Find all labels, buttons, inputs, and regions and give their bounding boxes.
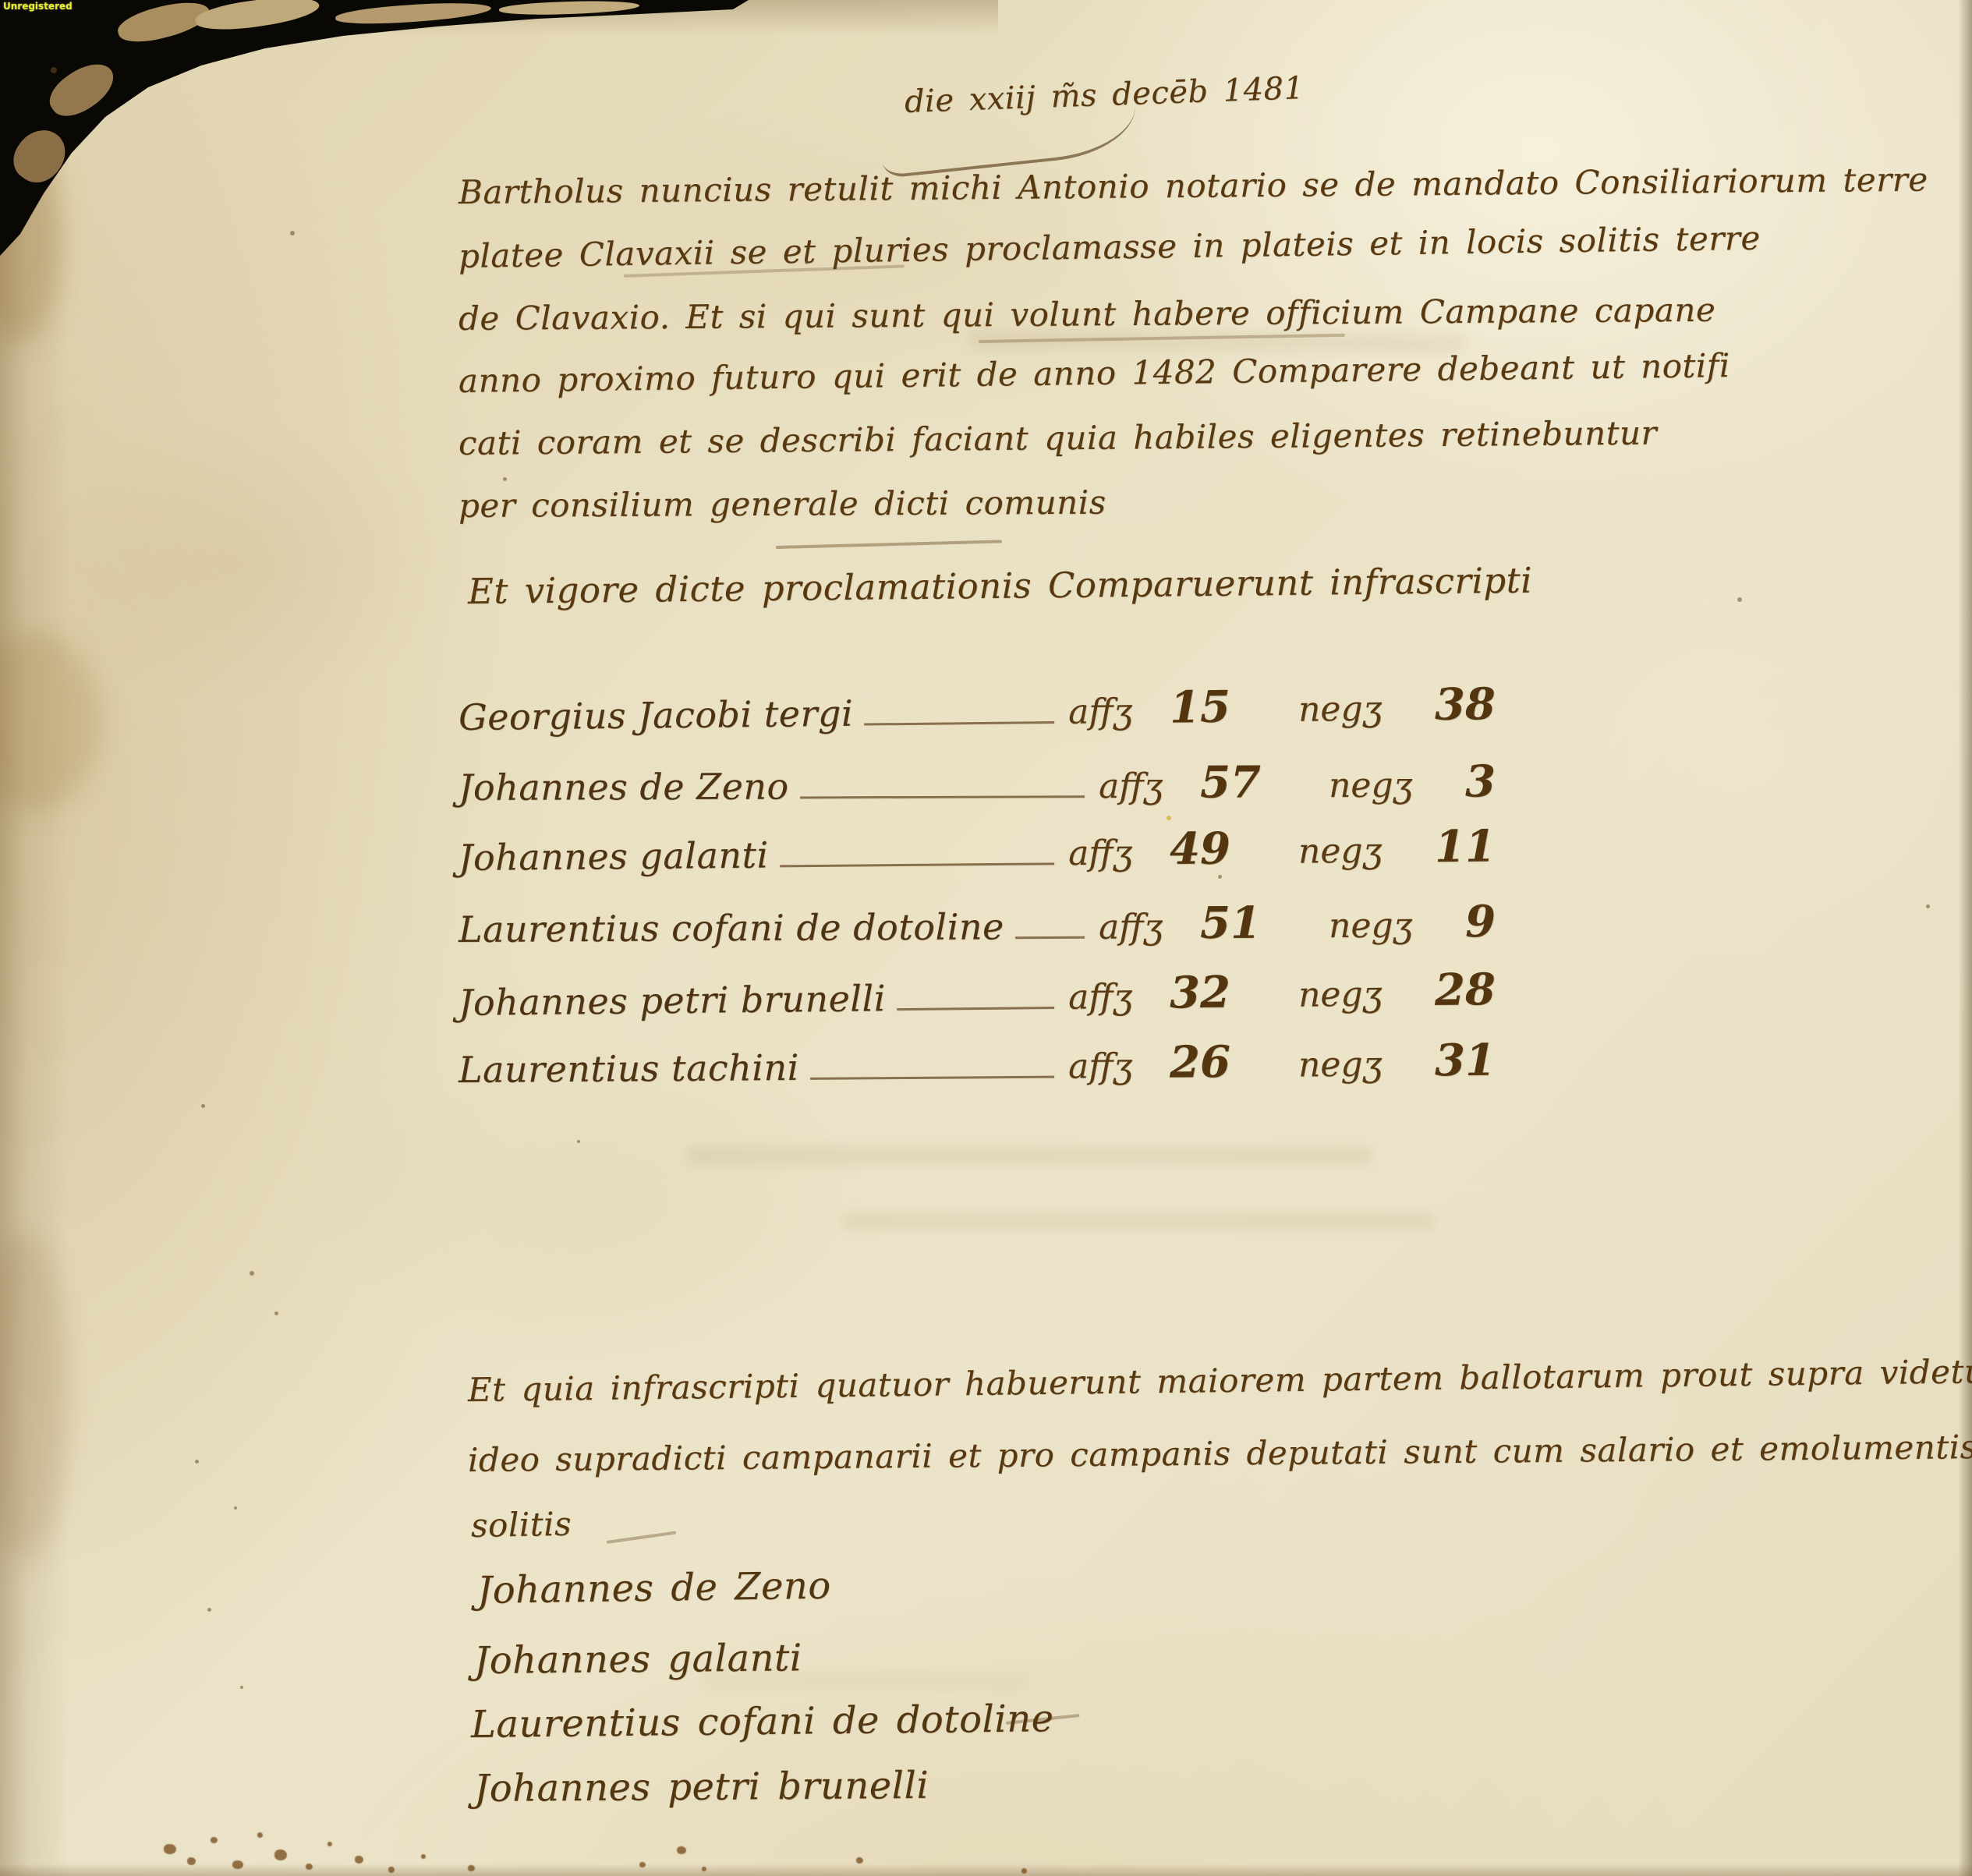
aff-label: affʒ bbox=[1099, 766, 1200, 806]
ink-speck bbox=[234, 1506, 237, 1510]
leader-line bbox=[810, 1076, 1054, 1080]
ink-blot bbox=[355, 1856, 363, 1864]
stain bbox=[0, 632, 101, 811]
leader-line bbox=[1015, 936, 1085, 939]
neg-label: negʒ bbox=[1329, 905, 1465, 946]
aff-count: 57 bbox=[1200, 756, 1329, 809]
neg-label: negʒ bbox=[1298, 1044, 1435, 1085]
aff-count: 51 bbox=[1200, 897, 1329, 949]
ink-blot bbox=[306, 1864, 313, 1870]
candidate-name: Laurentius tachini bbox=[458, 1046, 799, 1091]
paragraph1-line: cati coram et se describi faciant quia h… bbox=[458, 414, 1658, 462]
neg-label: negʒ bbox=[1298, 974, 1436, 1015]
ink-blot bbox=[677, 1846, 686, 1854]
elected-name: Laurentius cofani de dotoline bbox=[471, 1697, 1054, 1747]
aff-label: affʒ bbox=[1068, 833, 1170, 873]
neg-count: 31 bbox=[1435, 1035, 1496, 1087]
ink-speck bbox=[195, 1460, 199, 1464]
vote-row: Laurentius cofani de dotoline affʒ 51 ne… bbox=[458, 896, 1496, 954]
ink-speck bbox=[1218, 875, 1222, 879]
leader-line bbox=[780, 862, 1054, 867]
showthrough-ghost bbox=[842, 1212, 1435, 1230]
neg-count: 3 bbox=[1465, 756, 1496, 807]
paragraph1-line: de Clavaxio. Et si qui sunt qui volunt h… bbox=[458, 291, 1716, 338]
manuscript-page: Unregistered die xxiij m̃s decēb 1481 Ba… bbox=[0, 0, 1972, 1876]
paragraph1-line: platee Clavaxii se et pluries proclamass… bbox=[458, 219, 1761, 275]
watermark-label: Unregistered bbox=[3, 1, 73, 12]
ink-speck bbox=[805, 260, 809, 264]
ink-blot bbox=[232, 1860, 243, 1869]
aff-count: 32 bbox=[1170, 966, 1299, 1019]
ink-blot bbox=[468, 1865, 475, 1871]
ink-speck bbox=[274, 1311, 278, 1315]
ink-speck bbox=[240, 1686, 243, 1689]
neg-count: 28 bbox=[1435, 964, 1496, 1016]
proclamation-line: Et vigore dicte proclamationis Comparuer… bbox=[468, 560, 1533, 612]
paragraph2-line: Et quia infrascripti quatuor habuerunt m… bbox=[468, 1351, 1972, 1409]
paragraph2-line: solitis bbox=[471, 1505, 572, 1545]
paragraph1-line: anno proximo futuro qui erit de anno 148… bbox=[458, 346, 1730, 400]
showthrough-ghost bbox=[686, 1146, 1372, 1165]
vote-row: Georgius Jacobi tergi affʒ 15 negʒ 38 bbox=[458, 678, 1496, 742]
candidate-name: Johannes petri brunelli bbox=[458, 977, 886, 1024]
ink-speck bbox=[1926, 904, 1930, 908]
candidate-name: Johannes de Zeno bbox=[458, 766, 789, 809]
pen-stroke bbox=[776, 540, 1002, 549]
ink-speck bbox=[503, 477, 507, 481]
neg-count: 9 bbox=[1465, 896, 1496, 947]
candidate-name: Georgius Jacobi tergi bbox=[458, 692, 854, 738]
elected-name: Johannes petri brunelli bbox=[474, 1764, 929, 1811]
aff-count: 26 bbox=[1170, 1035, 1298, 1088]
elected-name: Johannes galanti bbox=[474, 1636, 802, 1683]
ink-blot bbox=[327, 1842, 332, 1846]
vote-row: Johannes petri brunelli affʒ 32 negʒ 28 bbox=[458, 964, 1496, 1028]
paragraph1-line: Bartholus nuncius retulit michi Antonio … bbox=[458, 161, 1928, 211]
leader-line bbox=[800, 795, 1085, 798]
paragraph1-line: per consilium generale dicti comunis bbox=[458, 483, 1106, 525]
ink-speck bbox=[250, 1271, 254, 1276]
candidate-name: Johannes galanti bbox=[458, 834, 769, 879]
ink-speck bbox=[290, 231, 295, 235]
ink-blot bbox=[164, 1844, 176, 1854]
paragraph2-line: ideo supradicti campanarii et pro campan… bbox=[468, 1428, 1972, 1479]
vote-row: Laurentius tachini affʒ 26 negʒ 31 bbox=[458, 1035, 1496, 1095]
ink-speck bbox=[201, 1104, 205, 1108]
neg-count: 11 bbox=[1435, 820, 1496, 873]
ink-blot bbox=[856, 1857, 863, 1864]
ink-speck bbox=[577, 1140, 580, 1143]
neg-count: 38 bbox=[1435, 678, 1496, 731]
aff-label: affʒ bbox=[1068, 691, 1170, 731]
neg-label: negʒ bbox=[1298, 688, 1436, 730]
ink-blot bbox=[702, 1867, 706, 1871]
elected-name: Johannes de Zeno bbox=[477, 1564, 832, 1612]
ink-speck bbox=[1737, 597, 1742, 602]
aff-label: affʒ bbox=[1099, 907, 1200, 947]
neg-label: negʒ bbox=[1298, 830, 1435, 872]
leader-line bbox=[897, 1007, 1054, 1011]
bottom-edge-shadow bbox=[0, 1864, 1972, 1876]
right-edge-shadow bbox=[1958, 0, 1972, 1876]
neg-label: negʒ bbox=[1329, 765, 1465, 805]
ink-speck bbox=[51, 67, 57, 73]
ink-blot bbox=[187, 1857, 196, 1865]
ink-blot bbox=[211, 1837, 218, 1843]
aff-count: 15 bbox=[1170, 681, 1299, 734]
ink-blot bbox=[421, 1854, 426, 1859]
ink-blot bbox=[257, 1832, 263, 1838]
ink-blot bbox=[274, 1849, 287, 1860]
pen-stroke bbox=[607, 1531, 677, 1543]
wax-speck bbox=[1167, 816, 1171, 820]
ink-blot bbox=[1021, 1868, 1027, 1874]
ink-blot bbox=[639, 1862, 646, 1867]
aff-label: affʒ bbox=[1068, 1046, 1170, 1087]
candidate-name: Laurentius cofani de dotoline bbox=[458, 905, 1004, 950]
aff-count: 49 bbox=[1170, 823, 1299, 875]
scan-background-corner bbox=[0, 0, 749, 257]
vote-row: Johannes de Zeno affʒ 57 negʒ 3 bbox=[458, 756, 1496, 812]
vote-table: Georgius Jacobi tergi affʒ 15 negʒ 38 Jo… bbox=[458, 674, 1496, 1110]
leader-line bbox=[864, 721, 1054, 726]
vote-row: Johannes galanti affʒ 49 negʒ 11 bbox=[458, 820, 1496, 883]
ink-speck bbox=[207, 1608, 211, 1612]
aff-label: affʒ bbox=[1068, 976, 1170, 1017]
ink-blot bbox=[388, 1867, 395, 1873]
